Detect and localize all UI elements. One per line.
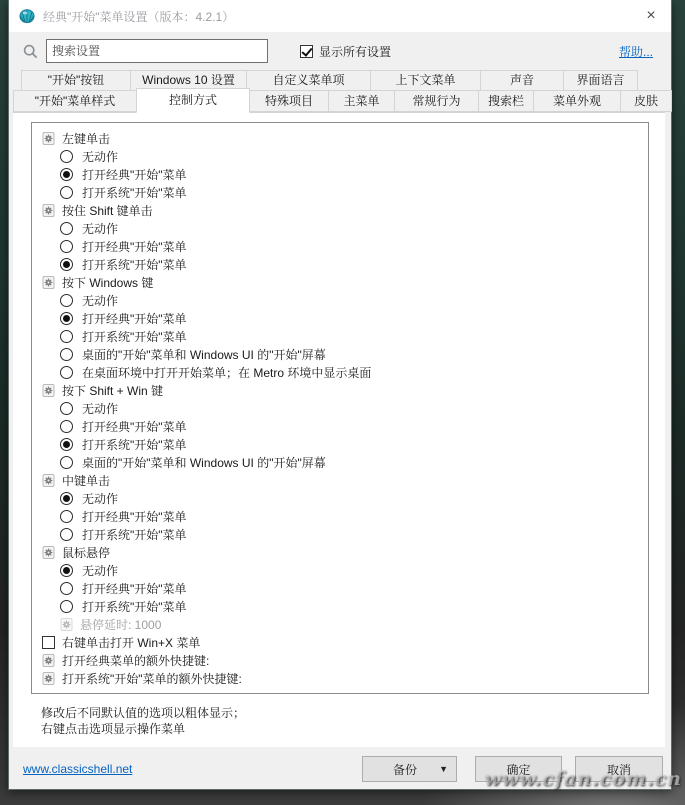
- group-header-0: 左键单击: [32, 129, 648, 147]
- setting-icon: [42, 474, 55, 487]
- shortcut-setting-1[interactable]: 打开系统"开始"菜单的额外快捷键:: [32, 669, 648, 687]
- cancel-button[interactable]: 取消: [575, 756, 663, 782]
- radio-button[interactable]: [60, 600, 73, 613]
- radio-option[interactable]: 在桌面环境中打开开始菜单；在 Metro 环境中显示桌面: [32, 363, 648, 381]
- radio-label: 无动作: [82, 490, 118, 507]
- radio-button[interactable]: [60, 366, 73, 379]
- radio-option[interactable]: 打开系统"开始"菜单: [32, 597, 648, 615]
- radio-label: 桌面的"开始"菜单和 Windows UI 的"开始"屏幕: [82, 346, 326, 363]
- show-all-settings[interactable]: 显示所有设置: [300, 43, 391, 60]
- setting-icon: [60, 618, 73, 631]
- tab-row-1: "开始"按钮Windows 10 设置自定义菜单项上下文菜单声音界面语言: [21, 70, 671, 91]
- radio-option[interactable]: 桌面的"开始"菜单和 Windows UI 的"开始"屏幕: [32, 453, 648, 471]
- radio-button[interactable]: [60, 582, 73, 595]
- radio-option[interactable]: 打开经典"开始"菜单: [32, 417, 648, 435]
- setting-icon: [42, 672, 55, 685]
- radio-option[interactable]: 打开经典"开始"菜单: [32, 507, 648, 525]
- radio-option[interactable]: 打开经典"开始"菜单: [32, 237, 648, 255]
- tab-row2-4[interactable]: 常规行为: [394, 90, 479, 112]
- radio-label: 无动作: [82, 292, 118, 309]
- radio-label: 打开经典"开始"菜单: [82, 238, 187, 255]
- radio-button[interactable]: [60, 456, 73, 469]
- radio-option[interactable]: 无动作: [32, 291, 648, 309]
- radio-button[interactable]: [60, 348, 73, 361]
- backup-button-label: 备份: [371, 761, 439, 778]
- tab-row2-7[interactable]: 皮肤: [620, 90, 672, 112]
- setting-icon: [42, 384, 55, 397]
- radio-label: 打开经典"开始"菜单: [82, 166, 187, 183]
- group-header-2: 按下 Windows 键: [32, 273, 648, 291]
- tab-row2-0[interactable]: "开始"菜单样式: [13, 90, 137, 112]
- backup-button[interactable]: 备份 ▼: [362, 756, 457, 782]
- backup-dropdown-arrow-icon[interactable]: ▼: [439, 764, 448, 774]
- hover-delay-setting: 悬停延时: 1000: [32, 615, 648, 633]
- radio-label: 打开系统"开始"菜单: [82, 526, 187, 543]
- group-label: 左键单击: [62, 130, 110, 147]
- radio-button-selected[interactable]: [60, 312, 73, 325]
- title-bar: 经典"开始"菜单设置（版本：4.2.1） ×: [9, 0, 671, 32]
- notes: 修改后不同默认值的选项以粗体显示； 右键点击选项显示操作菜单: [41, 705, 245, 737]
- radio-button[interactable]: [60, 294, 73, 307]
- setting-icon: [42, 204, 55, 217]
- radio-option[interactable]: 无动作: [32, 489, 648, 507]
- radio-button[interactable]: [60, 402, 73, 415]
- settings-dialog: 经典"开始"菜单设置（版本：4.2.1） × 显示所有设置 帮助... "开始"…: [8, 0, 672, 790]
- radio-label: 无动作: [82, 148, 118, 165]
- radio-button-selected[interactable]: [60, 258, 73, 271]
- radio-label: 桌面的"开始"菜单和 Windows UI 的"开始"屏幕: [82, 454, 326, 471]
- radio-option[interactable]: 打开系统"开始"菜单: [32, 525, 648, 543]
- classic-shell-logo-icon: [19, 8, 35, 24]
- radio-label: 在桌面环境中打开开始菜单；在 Metro 环境中显示桌面: [82, 364, 371, 381]
- help-link[interactable]: 帮助...: [619, 43, 653, 60]
- classicshell-website-link[interactable]: www.classicshell.net: [23, 762, 132, 776]
- group-header-3: 按下 Shift + Win 键: [32, 381, 648, 399]
- radio-option[interactable]: 打开经典"开始"菜单: [32, 165, 648, 183]
- group-label: 鼠标悬停: [62, 544, 110, 561]
- tab-row1-2[interactable]: 自定义菜单项: [246, 70, 371, 91]
- search-icon: [23, 44, 38, 59]
- tab-row-2: "开始"菜单样式控制方式特殊项目主菜单常规行为搜索栏菜单外观皮肤: [13, 90, 671, 113]
- tab-row2-6[interactable]: 菜单外观: [533, 90, 621, 112]
- tab-row2-2[interactable]: 特殊项目: [249, 90, 329, 112]
- radio-button[interactable]: [60, 420, 73, 433]
- setting-icon: [42, 546, 55, 559]
- radio-label: 打开系统"开始"菜单: [82, 436, 187, 453]
- radio-option[interactable]: 打开系统"开始"菜单: [32, 255, 648, 273]
- radio-option[interactable]: 打开系统"开始"菜单: [32, 327, 648, 345]
- radio-label: 无动作: [82, 220, 118, 237]
- tab-row2-1[interactable]: 控制方式: [136, 88, 250, 113]
- radio-label: 打开系统"开始"菜单: [82, 256, 187, 273]
- radio-option[interactable]: 桌面的"开始"菜单和 Windows UI 的"开始"屏幕: [32, 345, 648, 363]
- radio-button-selected[interactable]: [60, 168, 73, 181]
- winx-checkbox-row[interactable]: 右键单击打开 Win+X 菜单: [32, 633, 648, 651]
- setting-icon: [42, 276, 55, 289]
- radio-button-selected[interactable]: [60, 564, 73, 577]
- radio-option[interactable]: 打开系统"开始"菜单: [32, 435, 648, 453]
- radio-label: 打开系统"开始"菜单: [82, 184, 187, 201]
- tab-row1-4[interactable]: 声音: [480, 70, 564, 91]
- radio-label: 无动作: [82, 562, 118, 579]
- radio-button[interactable]: [60, 330, 73, 343]
- radio-option[interactable]: 无动作: [32, 219, 648, 237]
- window-title: 经典"开始"菜单设置（版本：4.2.1）: [43, 8, 631, 25]
- radio-option[interactable]: 无动作: [32, 561, 648, 579]
- radio-button[interactable]: [60, 222, 73, 235]
- shortcut-label: 打开经典菜单的额外快捷键:: [62, 652, 209, 669]
- show-all-label: 显示所有设置: [319, 43, 391, 60]
- shortcut-label: 打开系统"开始"菜单的额外快捷键:: [62, 670, 242, 687]
- tab-row2-5[interactable]: 搜索栏: [478, 90, 534, 112]
- winx-checkbox[interactable]: [42, 636, 55, 649]
- tab-page-controls: 左键单击无动作打开经典"开始"菜单打开系统"开始"菜单按住 Shift 键单击无…: [13, 112, 665, 747]
- group-label: 中键单击: [62, 472, 110, 489]
- show-all-checkbox[interactable]: [300, 45, 313, 58]
- group-label: 按下 Windows 键: [62, 274, 153, 291]
- tab-row1-5[interactable]: 界面语言: [563, 70, 638, 91]
- radio-label: 打开经典"开始"菜单: [82, 310, 187, 327]
- radio-option[interactable]: 打开经典"开始"菜单: [32, 309, 648, 327]
- ok-button[interactable]: 确定: [475, 756, 562, 782]
- group-label: 按下 Shift + Win 键: [62, 382, 163, 399]
- radio-label: 打开系统"开始"菜单: [82, 598, 187, 615]
- radio-button[interactable]: [60, 240, 73, 253]
- radio-option[interactable]: 打开系统"开始"菜单: [32, 183, 648, 201]
- radio-option[interactable]: 打开经典"开始"菜单: [32, 579, 648, 597]
- radio-button[interactable]: [60, 186, 73, 199]
- search-input[interactable]: [46, 39, 268, 63]
- radio-button-selected[interactable]: [60, 438, 73, 451]
- radio-option[interactable]: 无动作: [32, 399, 648, 417]
- group-header-4: 中键单击: [32, 471, 648, 489]
- tab-row1-0[interactable]: "开始"按钮: [21, 70, 131, 91]
- tab-row2-3[interactable]: 主菜单: [328, 90, 395, 112]
- close-icon[interactable]: ×: [631, 0, 671, 32]
- radio-button[interactable]: [60, 528, 73, 541]
- radio-label: 打开经典"开始"菜单: [82, 508, 187, 525]
- radio-label: 打开系统"开始"菜单: [82, 328, 187, 345]
- note-line-2: 右键点击选项显示操作菜单: [41, 721, 245, 737]
- toolbar: 显示所有设置 帮助...: [9, 32, 671, 70]
- radio-button[interactable]: [60, 150, 73, 163]
- shortcut-setting-0[interactable]: 打开经典菜单的额外快捷键:: [32, 651, 648, 669]
- group-label: 按住 Shift 键单击: [62, 202, 153, 219]
- group-header-1: 按住 Shift 键单击: [32, 201, 648, 219]
- footer: www.classicshell.net 备份 ▼ 确定 取消: [9, 747, 671, 782]
- radio-label: 无动作: [82, 400, 118, 417]
- setting-icon: [42, 654, 55, 667]
- radio-label: 打开经典"开始"菜单: [82, 580, 187, 597]
- options-list: 左键单击无动作打开经典"开始"菜单打开系统"开始"菜单按住 Shift 键单击无…: [31, 122, 649, 694]
- radio-label: 打开经典"开始"菜单: [82, 418, 187, 435]
- radio-button-selected[interactable]: [60, 492, 73, 505]
- note-line-1: 修改后不同默认值的选项以粗体显示；: [41, 705, 245, 721]
- tab-row1-3[interactable]: 上下文菜单: [370, 70, 481, 91]
- setting-icon: [42, 132, 55, 145]
- winx-checkbox-label: 右键单击打开 Win+X 菜单: [62, 634, 200, 651]
- hover-delay-label: 悬停延时: 1000: [80, 616, 161, 633]
- group-header-5: 鼠标悬停: [32, 543, 648, 561]
- radio-option[interactable]: 无动作: [32, 147, 648, 165]
- radio-button[interactable]: [60, 510, 73, 523]
